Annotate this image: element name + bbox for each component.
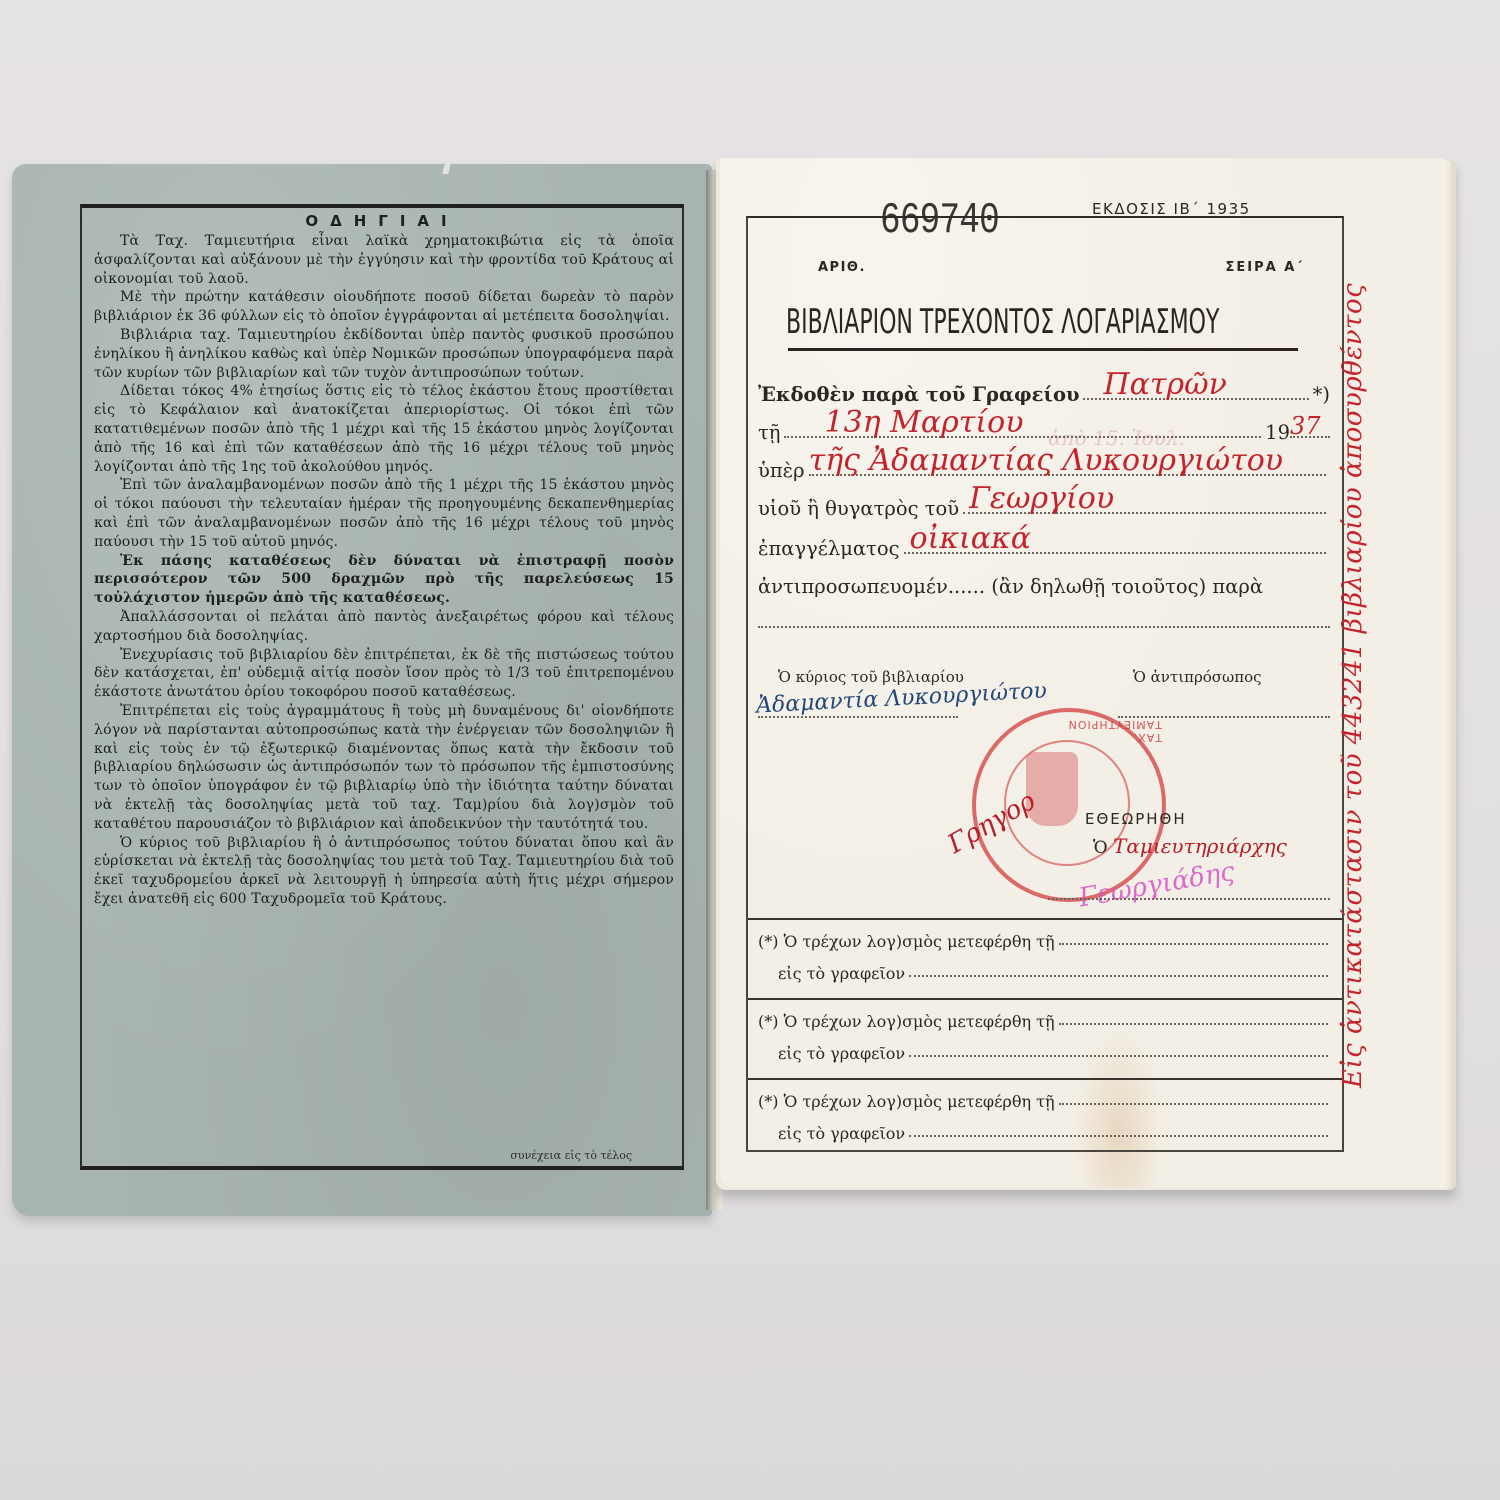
field-issued-office: Ἐκδοθὲν παρὰ τοῦ Γραφείου Πατρῶν *) — [758, 376, 1330, 406]
field-parent: υἱοῦ ἢ θυγατρὸς τοῦ Γεωργίου — [758, 490, 1330, 520]
transfer-office-label: εἰς τὸ γραφεῖον — [778, 964, 905, 983]
instruction-paragraph: Τὰ Ταχ. Ταμιευτήρια εἶναι λαϊκὰ χρηματοκ… — [94, 232, 674, 288]
date-value: 13η Μαρτίου — [824, 405, 1023, 440]
footnote-marker: *) — [1313, 383, 1330, 406]
number-label: ΑΡΙΘ. — [818, 260, 866, 275]
title-underline — [788, 348, 1298, 351]
representative-signature-label: Ὁ ἀντιπρόσωπος — [1133, 668, 1262, 686]
inspected-label: ΕΘΕΩΡΗΘΗ — [1085, 810, 1187, 828]
account-holder-value: τῆς Ἀδαμαντίας Λυκουργιώτου — [809, 443, 1283, 478]
treasurer-signature-line — [1048, 898, 1330, 900]
representative-label: ἀντιπροσωπευομέν...... (ἂν δηλωθῇ τοιοῦτ… — [758, 575, 1263, 598]
transfer-date-field — [1059, 1023, 1328, 1025]
profession-value: οἰκιακά — [910, 521, 1031, 556]
instruction-paragraph: Ὁ κύριος τοῦ βιβλιαρίου ἢ ὁ ἀντιπρόσωπος… — [94, 834, 674, 909]
transfer-entry: (*) Ὁ τρέχων λογ)σμὸς μετεφέρθη τῇεἰς τὸ… — [748, 1078, 1342, 1158]
date-label: τῇ — [758, 421, 780, 444]
stamp-text: ΤΑΧ. ΤΑΜΙΕΥΤΗΡΙΟΝ — [1066, 718, 1162, 744]
instruction-paragraph: Ἀπαλλάσσονται οἱ πελάται ἀπὸ παντὸς ἀνεξ… — [94, 608, 674, 646]
profession-label: ἐπαγγέλματος — [758, 537, 900, 560]
instruction-paragraph: Βιβλιάρια ταχ. Ταμιευτηρίου ἐκδίδονται ὑ… — [94, 326, 674, 382]
instructions-body: Τὰ Ταχ. Ταμιευτήρια εἶναι λαϊκὰ χρηματοκ… — [82, 232, 682, 909]
issued-office-value: Πατρῶν — [1103, 367, 1226, 402]
issued-label: Ἐκδοθὲν παρὰ τοῦ Γραφείου — [758, 383, 1079, 406]
margin-note: Εἰς ἀντικατάστασιν τοῦ 443241 βιβλιαρίου… — [1338, 283, 1368, 1088]
form-box: ΑΡΙΘ. ΣΕΙΡΑ Α΄ ΒΙΒΛΙΑΡΙΟΝ ΤΡΕΧΟΝΤΟΣ ΛΟΓΑ… — [746, 216, 1344, 1152]
year-prefix: 19 — [1265, 421, 1290, 444]
owner-signature-line — [758, 716, 958, 718]
instruction-paragraph: Ἐπιτρέπεται εἰς τοὺς ἀγραμμάτους ἢ τοὺς … — [94, 702, 674, 834]
transfer-office-field — [909, 1135, 1328, 1137]
parent-value: Γεωργίου — [969, 481, 1114, 516]
transfer-office-field — [909, 1055, 1328, 1057]
transfer-office-label: εἰς τὸ γραφεῖον — [778, 1044, 905, 1063]
instructions-title: ΟΔΗΓΙΑΙ — [82, 212, 682, 232]
instruction-paragraph: Ἐπὶ τῶν ἀναλαμβανομένων ποσῶν ἀπὸ τῆς 1 … — [94, 476, 674, 551]
treasurer-label: Ταμιευτηριάρχης — [1113, 834, 1287, 858]
field-account-holder: ὑπὲρ τῆς Ἀδαμαντίας Λυκουργιώτου — [758, 452, 1330, 482]
representative-line — [758, 626, 1330, 628]
transfer-date-label: (*) Ὁ τρέχων λογ)σμὸς μετεφέρθη τῇ — [758, 932, 1055, 951]
field-date: τῇ 13η Μαρτίου 19 37 — [758, 414, 1330, 444]
for-label: ὑπὲρ — [758, 459, 805, 482]
transfer-office-field — [909, 975, 1328, 977]
page-tear — [442, 160, 452, 174]
series-label: ΣΕΙΡΑ Α΄ — [1225, 260, 1304, 275]
transfer-office-label: εἰς τὸ γραφεῖον — [778, 1124, 905, 1143]
field-profession: ἐπαγγέλματος οἰκιακά — [758, 530, 1330, 560]
transfer-date-label: (*) Ὁ τρέχων λογ)σμὸς μετεφέρθη τῇ — [758, 1092, 1055, 1111]
transfer-entry: (*) Ὁ τρέχων λογ)σμὸς μετεφέρθη τῇεἰς τὸ… — [748, 918, 1342, 998]
document-title: ΒΙΒΛΙΑΡΙΟΝ ΤΡΕΧΟΝΤΟΣ ΛΟΓΑΡΙΑΣΜΟΥ — [786, 302, 1219, 342]
field-representative: ἀντιπροσωπευομέν...... (ἂν δηλωθῇ τοιοῦτ… — [758, 568, 1330, 598]
instruction-paragraph: Δίδεται τόκος 4% ἐτησίως ὅστις εἰς τὸ τέ… — [94, 382, 674, 476]
transfer-date-field — [1059, 1103, 1328, 1105]
instruction-paragraph: Μὲ τὴν πρώτην κατάθεσιν οἱουδήποτε ποσοῦ… — [94, 288, 674, 326]
instruction-paragraph: Ἐνεχυρίασις τοῦ βιβλιαρίου δὲν ἐπιτρέπετ… — [94, 646, 674, 702]
instructions-box: ΟΔΗΓΙΑΙ Τὰ Ταχ. Ταμιευτήρια εἶναι λαϊκὰ … — [80, 204, 684, 1170]
transfer-date-label: (*) Ὁ τρέχων λογ)σμὸς μετεφέρθη τῇ — [758, 1012, 1055, 1031]
account-book-page: 669740 ΕΚΔΟΣΙΣ ΙΒ΄ 1935 ΑΡΙΘ. ΣΕΙΡΑ Α΄ Β… — [720, 158, 1446, 1188]
parent-label: υἱοῦ ἢ θυγατρὸς τοῦ — [758, 497, 959, 520]
transfer-date-field — [1059, 943, 1328, 945]
treasurer-line: Ὁ Ταμιευτηριάρχης — [1093, 834, 1287, 858]
year-value: 37 — [1290, 412, 1321, 440]
continued-note: συνέχεια εἰς τὸ τέλος — [510, 1149, 632, 1162]
instructions-page: ΟΔΗΓΙΑΙ Τὰ Ταχ. Ταμιευτήρια εἶναι λαϊκὰ … — [12, 164, 712, 1216]
transfer-entry: (*) Ὁ τρέχων λογ)σμὸς μετεφέρθη τῇεἰς τὸ… — [748, 998, 1342, 1078]
instruction-paragraph: Ἐκ πάσης καταθέσεως δὲν δύναται νὰ ἐπιστ… — [94, 552, 674, 608]
